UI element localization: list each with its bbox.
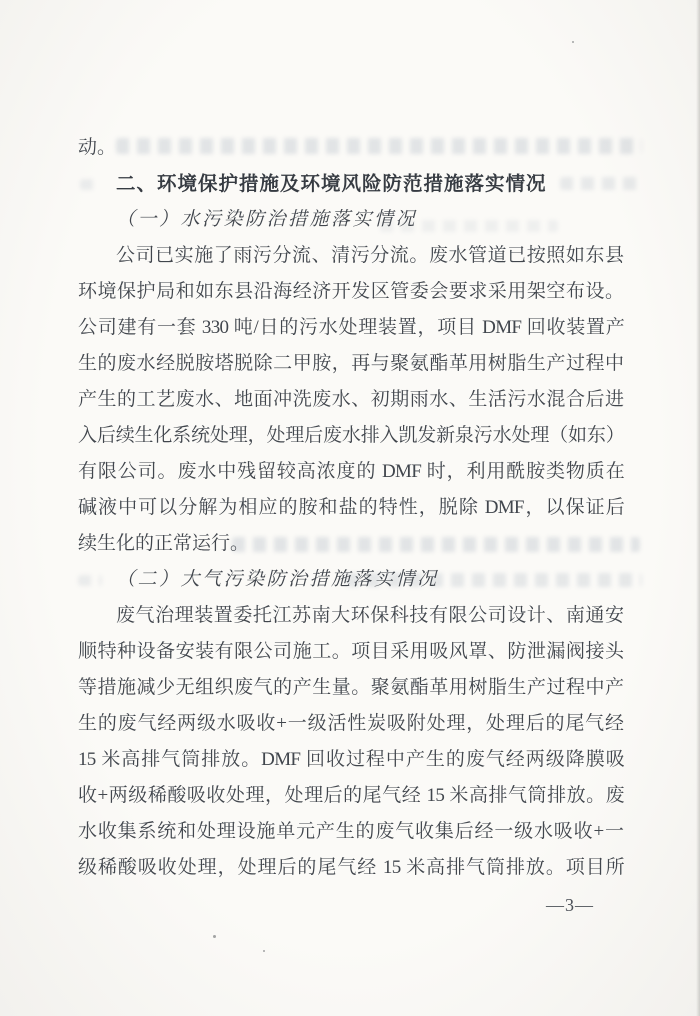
document-line: 有限公司。废水中残留较高浓度的 DMF 时，利用酰胺类物质在 — [78, 454, 624, 490]
document-line: 续生化的正常运行。 — [78, 526, 624, 562]
document-line: （一）水污染防治措施落实情况 — [78, 202, 624, 238]
document-line: 收+两级稀酸吸收处理，处理后的尾气经 15 米高排气筒排放。废 — [78, 778, 624, 814]
document-line: 环境保护局和如东县沿海经济开发区管委会要求采用架空布设。 — [78, 274, 624, 310]
document-line: 顺特种设备安装有限公司施工。项目采用吸风罩、防泄漏阀接头 — [78, 634, 624, 670]
document-line: 生的废水经脱胺塔脱除二甲胺，再与聚氨酯革用树脂生产过程中 — [78, 346, 624, 382]
document-line: 等措施减少无组织废气的产生量。聚氨酯革用树脂生产过程中产 — [78, 670, 624, 706]
document-line: 动。 — [78, 130, 624, 166]
document-body: 动。二、环境保护措施及环境风险防范措施落实情况（一）水污染防治措施落实情况公司已… — [78, 130, 624, 886]
document-line: （二）大气污染防治措施落实情况 — [78, 562, 624, 598]
page-number: —3— — [546, 892, 594, 918]
document-line: 水收集系统和处理设施单元产生的废气收集后经一级水吸收+一 — [78, 814, 624, 850]
document-line: 二、环境保护措施及环境风险防范措施落实情况 — [78, 166, 624, 202]
scan-speck — [263, 950, 265, 952]
document-line: 产生的工艺废水、地面冲洗废水、初期雨水、生活污水混合后进 — [78, 382, 624, 418]
document-line: 生的废气经两级水吸收+一级活性炭吸附处理，处理后的尾气经 — [78, 706, 624, 742]
document-line: 15 米高排气筒排放。DMF 回收过程中产生的废气经两级降膜吸 — [78, 742, 624, 778]
scan-speck — [213, 935, 216, 938]
document-line: 公司建有一套 330 吨/日的污水处理装置，项目 DMF 回收装置产 — [78, 310, 624, 346]
document-line: 公司已实施了雨污分流、清污分流。废水管道已按照如东县 — [78, 238, 624, 274]
document-line: 废气治理装置委托江苏南大环保科技有限公司设计、南通安 — [78, 598, 624, 634]
document-line: 入后续生化系统处理，处理后废水排入凯发新泉污水处理（如东） — [78, 418, 624, 454]
document-line: 级稀酸吸收处理，处理后的尾气经 15 米高排气筒排放。项目所 — [78, 850, 624, 886]
document-line: 碱液中可以分解为相应的胺和盐的特性，脱除 DMF，以保证后 — [78, 490, 624, 526]
document-page: 动。二、环境保护措施及环境风险防范措施落实情况（一）水污染防治措施落实情况公司已… — [0, 0, 700, 1016]
page-edge-shadow — [696, 0, 700, 1016]
scan-speck — [572, 41, 574, 43]
